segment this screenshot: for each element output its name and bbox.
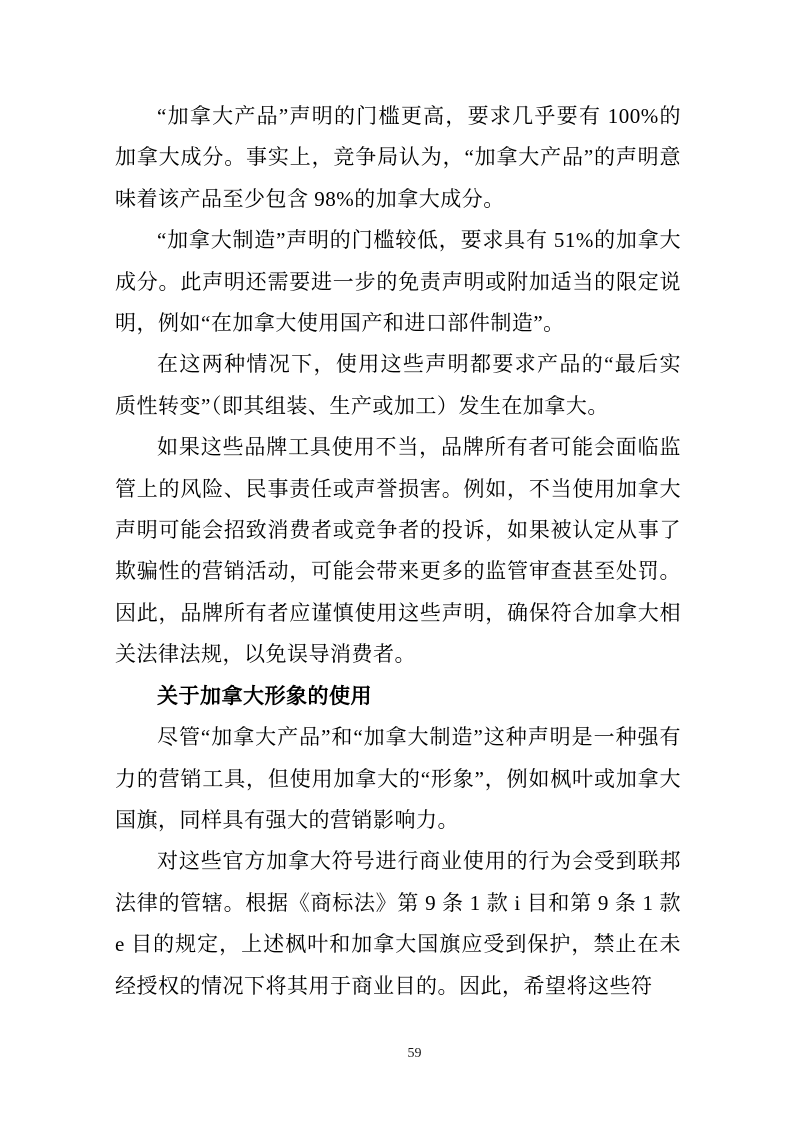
paragraph-misuse-risks: 如果这些品牌工具使用不当，品牌所有者可能会面临监管上的风险、民事责任或声誉损害。… bbox=[115, 427, 681, 675]
section-heading-canada-imagery: 关于加拿大形象的使用 bbox=[115, 676, 681, 717]
document-page: “加拿大产品”声明的门槛更高，要求几乎要有 100%的加拿大成分。事实上，竞争局… bbox=[0, 0, 793, 1122]
paragraph-trademark-act: 对这些官方加拿大符号进行商业使用的行为会受到联邦法律的管辖。根据《商标法》第 9… bbox=[115, 841, 681, 1007]
paragraph-canada-imagery-intro: 尽管“加拿大产品”和“加拿大制造”这种声明是一种强有力的营销工具，但使用加拿大的… bbox=[115, 717, 681, 841]
paragraph-substantial-transformation: 在这两种情况下，使用这些声明都要求产品的“最后实质性转变”（即其组装、生产或加工… bbox=[115, 344, 681, 427]
paragraph-made-in-canada-claim: “加拿大制造”声明的门槛较低，要求具有 51%的加拿大成分。此声明还需要进一步的… bbox=[115, 220, 681, 344]
paragraph-canada-product-claim: “加拿大产品”声明的门槛更高，要求几乎要有 100%的加拿大成分。事实上，竞争局… bbox=[115, 96, 681, 220]
page-number: 59 bbox=[18, 1046, 793, 1062]
document-body: “加拿大产品”声明的门槛更高，要求几乎要有 100%的加拿大成分。事实上，竞争局… bbox=[115, 96, 681, 1007]
